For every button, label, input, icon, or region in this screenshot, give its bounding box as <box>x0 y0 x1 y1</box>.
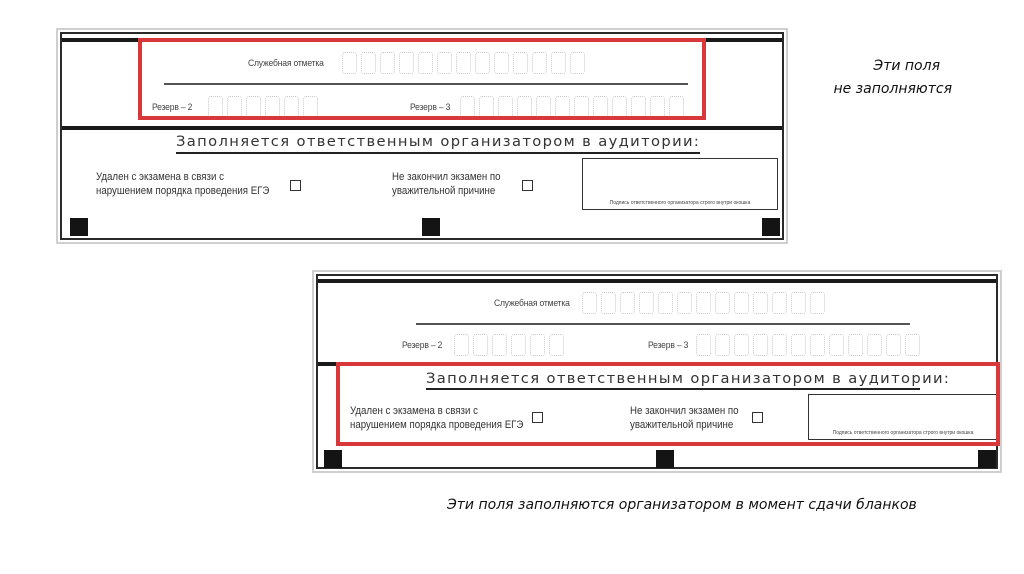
input-cell[interactable] <box>677 292 692 314</box>
reserve3-cells[interactable] <box>696 334 920 356</box>
input-cell[interactable] <box>715 334 730 356</box>
section-heading: Заполняется ответственным организатором … <box>176 134 700 150</box>
input-cell[interactable] <box>791 334 806 356</box>
service-mark-cells[interactable] <box>582 292 825 314</box>
removed-checkbox[interactable] <box>290 180 301 191</box>
alignment-marker-left <box>70 218 88 236</box>
signature-box[interactable]: Подпись ответственного организатора стро… <box>582 158 778 210</box>
input-cell[interactable] <box>639 292 654 314</box>
highlight-not-filled <box>138 38 706 120</box>
input-cell[interactable] <box>734 334 749 356</box>
input-cell[interactable] <box>905 334 920 356</box>
input-cell[interactable] <box>734 292 749 314</box>
input-cell[interactable] <box>582 292 597 314</box>
reserve2-label: Резерв – 2 <box>402 340 442 351</box>
input-cell[interactable] <box>620 292 635 314</box>
input-cell[interactable] <box>658 292 673 314</box>
alignment-marker-left <box>324 450 342 468</box>
alignment-marker-right <box>762 218 780 236</box>
input-cell[interactable] <box>715 292 730 314</box>
input-cell[interactable] <box>511 334 526 356</box>
top-border-line <box>318 279 996 283</box>
note-not-filled: Эти поля не заполняются <box>812 55 952 101</box>
input-cell[interactable] <box>601 292 616 314</box>
alignment-marker-center <box>422 218 440 236</box>
input-cell[interactable] <box>772 334 787 356</box>
input-cell[interactable] <box>473 334 488 356</box>
separator-rule <box>416 323 910 325</box>
input-cell[interactable] <box>753 334 768 356</box>
input-cell[interactable] <box>829 334 844 356</box>
not-finished-label: Не закончил экзамен по уважительной прич… <box>392 170 501 198</box>
not-finished-checkbox[interactable] <box>522 180 533 191</box>
alignment-marker-center <box>656 450 674 468</box>
input-cell[interactable] <box>772 292 787 314</box>
input-cell[interactable] <box>454 334 469 356</box>
input-cell[interactable] <box>549 334 564 356</box>
signature-caption: Подпись ответственного организатора стро… <box>583 200 777 206</box>
input-cell[interactable] <box>886 334 901 356</box>
input-cell[interactable] <box>848 334 863 356</box>
input-cell[interactable] <box>696 334 711 356</box>
section-divider-line <box>62 126 782 130</box>
note-organizer-fills: Эти поля заполняются организатором в мом… <box>447 497 917 513</box>
removed-label: Удален с экзамена в связи с нарушением п… <box>96 170 269 198</box>
alignment-marker-right <box>978 450 996 468</box>
input-cell[interactable] <box>867 334 882 356</box>
highlight-organizer-fields <box>336 362 1000 446</box>
input-cell[interactable] <box>810 334 825 356</box>
input-cell[interactable] <box>791 292 806 314</box>
input-cell[interactable] <box>810 292 825 314</box>
input-cell[interactable] <box>696 292 711 314</box>
input-cell[interactable] <box>753 292 768 314</box>
reserve2-cells[interactable] <box>454 334 564 356</box>
reserve3-label: Резерв – 3 <box>648 340 688 351</box>
input-cell[interactable] <box>492 334 507 356</box>
service-mark-label: Служебная отметка <box>494 298 570 309</box>
section-heading-underline <box>176 152 700 154</box>
input-cell[interactable] <box>530 334 545 356</box>
